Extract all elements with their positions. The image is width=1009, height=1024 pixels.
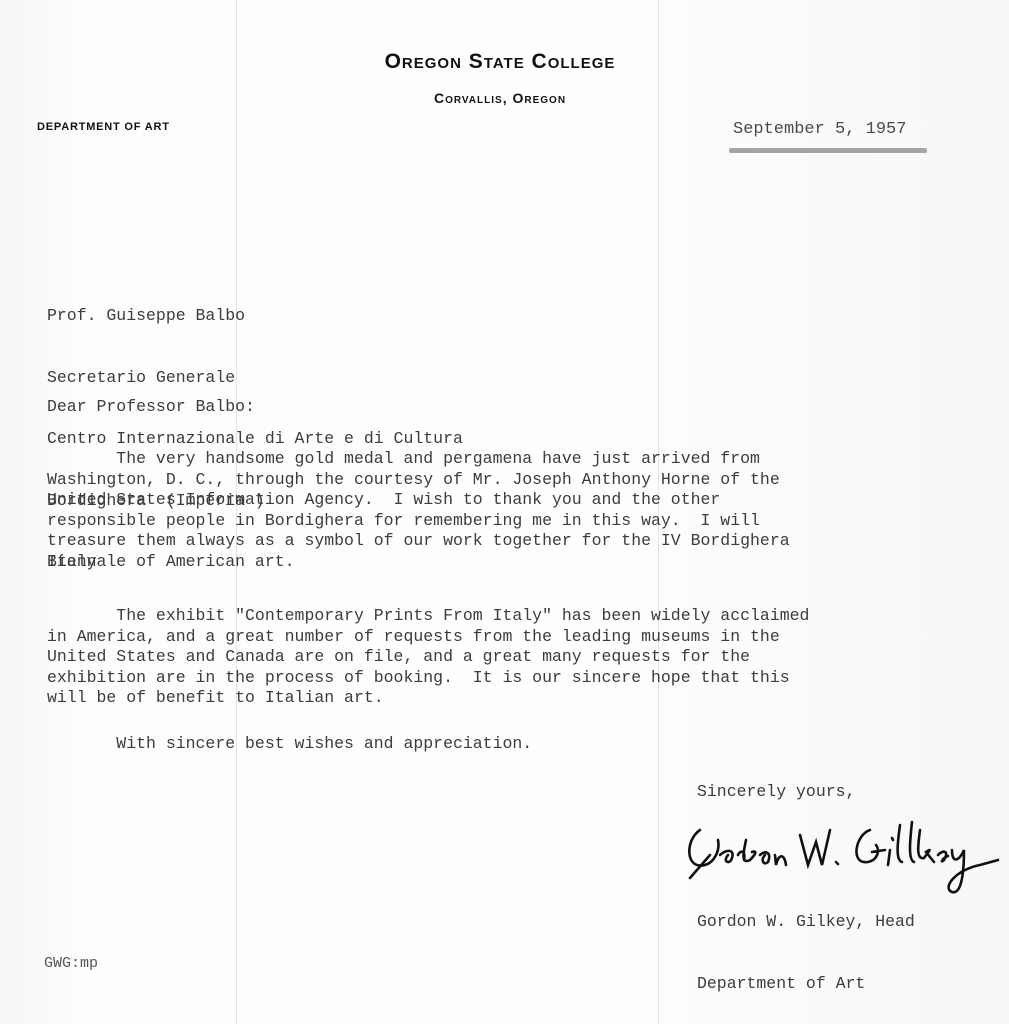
date-underline — [729, 148, 927, 153]
salutation: Dear Professor Balbo: — [47, 397, 255, 418]
address-line: Prof. Guiseppe Balbo — [47, 306, 463, 327]
body-paragraph: The exhibit "Contemporary Prints From It… — [47, 606, 809, 709]
reference-initials: GWG:mp — [44, 955, 98, 972]
signer-title: Department of Art — [697, 974, 915, 995]
closing: Sincerely yours, — [697, 782, 855, 803]
letterhead-city: Corvallis, Oregon — [0, 90, 1000, 106]
signer-name: Gordon W. Gilkey, Head — [697, 912, 915, 933]
letterhead-institution: Oregon State College — [0, 50, 1000, 74]
letter-date: September 5, 1957 — [733, 120, 906, 139]
letterhead-department: DEPARTMENT OF ART — [37, 121, 170, 133]
address-line: Secretario Generale — [47, 368, 463, 389]
address-line: Centro Internazionale di Arte e di Cultu… — [47, 429, 463, 450]
signature-block: Gordon W. Gilkey, Head Department of Art — [697, 871, 915, 1015]
body-paragraph: The very handsome gold medal and pergame… — [47, 449, 790, 572]
body-paragraph: With sincere best wishes and appreciatio… — [47, 734, 532, 755]
